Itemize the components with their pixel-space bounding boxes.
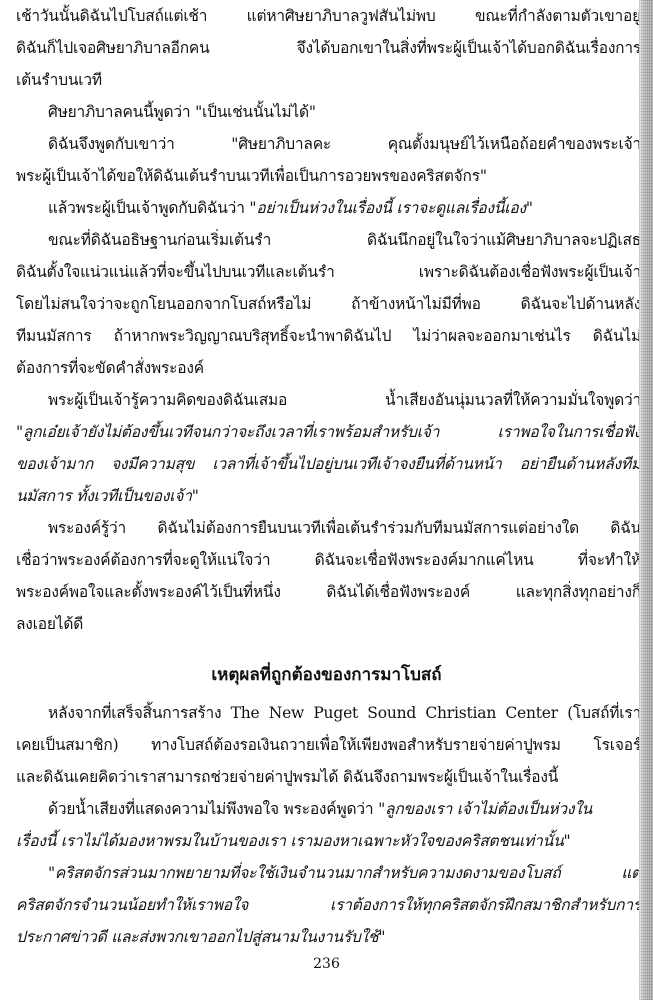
text-line: แล้วพระผู้เป็นเจ้าพูดกับดิฉันว่า "อย่าเป… <box>48 198 641 218</box>
text-line: โดยไม่สนใจว่าจะถูกโยนออกจากโบสถ์หรือไม่ … <box>16 294 641 314</box>
text-line: เคยเป็นสมาชิก) ทางโบสถ์ต้องรอเงินถวายเพื… <box>16 735 641 755</box>
quote-line: นมัสการ ทั้งเวทีเป็นของเจ้า" <box>16 486 641 506</box>
quote-line: เรื่องนี้ เราไม่ได้มองหาพรมในบ้านของเรา … <box>16 831 641 851</box>
text-line: ด้วยน้ำเสียงที่แสดงความไม่พึงพอใจ พระองค… <box>48 799 641 819</box>
text-line: พระผู้เป็นเจ้ารู้ความคิดของดิฉันเสมอ น้ำ… <box>48 390 641 410</box>
text-line: หลังจากที่เสร็จสิ้นการสร้าง The New Puge… <box>48 703 641 723</box>
text-line: ลงเอยได้ดี <box>16 614 641 634</box>
quote-line: คริสตจักรจำนวนน้อยทำให้เราพอใจ เราต้องกา… <box>16 895 641 915</box>
text-line: เชื่อว่าพระองค์ต้องการที่จะดูให้แน่ใจว่า… <box>16 550 641 570</box>
text-line: ดิฉันจึงพูดกับเขาว่า "ศิษยาภิบาลคะ คุณตั… <box>48 134 641 154</box>
text-line: และดิฉันเคยคิดว่าเราสามารถช่วยจ่ายค่าปูพ… <box>16 767 641 787</box>
text-line: เต้นรำบนเวที <box>16 70 641 90</box>
section-heading: เหตุผลที่ถูกต้องของการมาโบสถ์ <box>0 664 653 686</box>
text-line: เช้าวันนั้นดิฉันไปโบสถ์แต่เช้า แต่หาศิษย… <box>16 6 641 26</box>
text-line: ดิฉันก็ไปเจอศิษยาภิบาลอีกคน จึงได้บอกเขา… <box>16 38 641 58</box>
text-line: พระผู้เป็นเจ้าได้ขอให้ดิฉันเต้นรำบนเวทีเ… <box>16 166 641 186</box>
page-number: 236 <box>0 956 653 972</box>
scan-edge-shadow <box>639 0 653 1000</box>
text-line: ขณะที่ดิฉันอธิษฐานก่อนเริ่มเต้นรำ ดิฉันน… <box>48 230 641 250</box>
quote-line: ของเจ้ามาก จงมีความสุข เวลาที่เจ้าขึ้นไป… <box>16 454 641 474</box>
quote-line: ประกาศข่าวดี และส่งพวกเขาออกไปสู่สนามในง… <box>16 927 641 947</box>
quote-text: "อย่าเป็นห่วงในเรื่องนี้ เราจะดูแลเรื่อง… <box>249 199 532 217</box>
text-line: ต้องการที่จะขัดคำสั่งพระองค์ <box>16 358 641 378</box>
text-line: ทีมนมัสการ ถ้าหากพระวิญญาณบริสุทธิ์จะนำพ… <box>16 326 641 346</box>
text-line: ดิฉันตั้งใจแน่วแน่แล้วที่จะขึ้นไปบนเวทีแ… <box>16 262 641 282</box>
narration-text: แล้วพระผู้เป็นเจ้าพูดกับดิฉันว่า <box>48 199 249 217</box>
quote-line: "คริสตจักรส่วนมากพยายามที่จะใช้เงินจำนวน… <box>48 863 641 883</box>
narration-text: ด้วยน้ำเสียงที่แสดงความไม่พึงพอใจ พระองค… <box>48 800 378 818</box>
text-line: ศิษยาภิบาลคนนี้พูดว่า "เป็นเช่นนั้นไม่ได… <box>48 102 641 122</box>
text-line: พระองค์รู้ว่า ดิฉันไม่ต้องการยืนบนเวทีเพ… <box>48 518 641 538</box>
text-line: พระองค์พอใจและตั้งพระองค์ไว้เป็นที่หนึ่ง… <box>16 582 641 602</box>
quote-line: "ลูกเอ๋ยเจ้ายังไม่ต้องขึ้นเวทีจนกว่าจะถึ… <box>16 422 641 442</box>
book-page: เช้าวันนั้นดิฉันไปโบสถ์แต่เช้า แต่หาศิษย… <box>0 0 653 1000</box>
quote-text: "ลูกของเรา เจ้าไม่ต้องเป็นห่วงใน <box>378 800 592 818</box>
